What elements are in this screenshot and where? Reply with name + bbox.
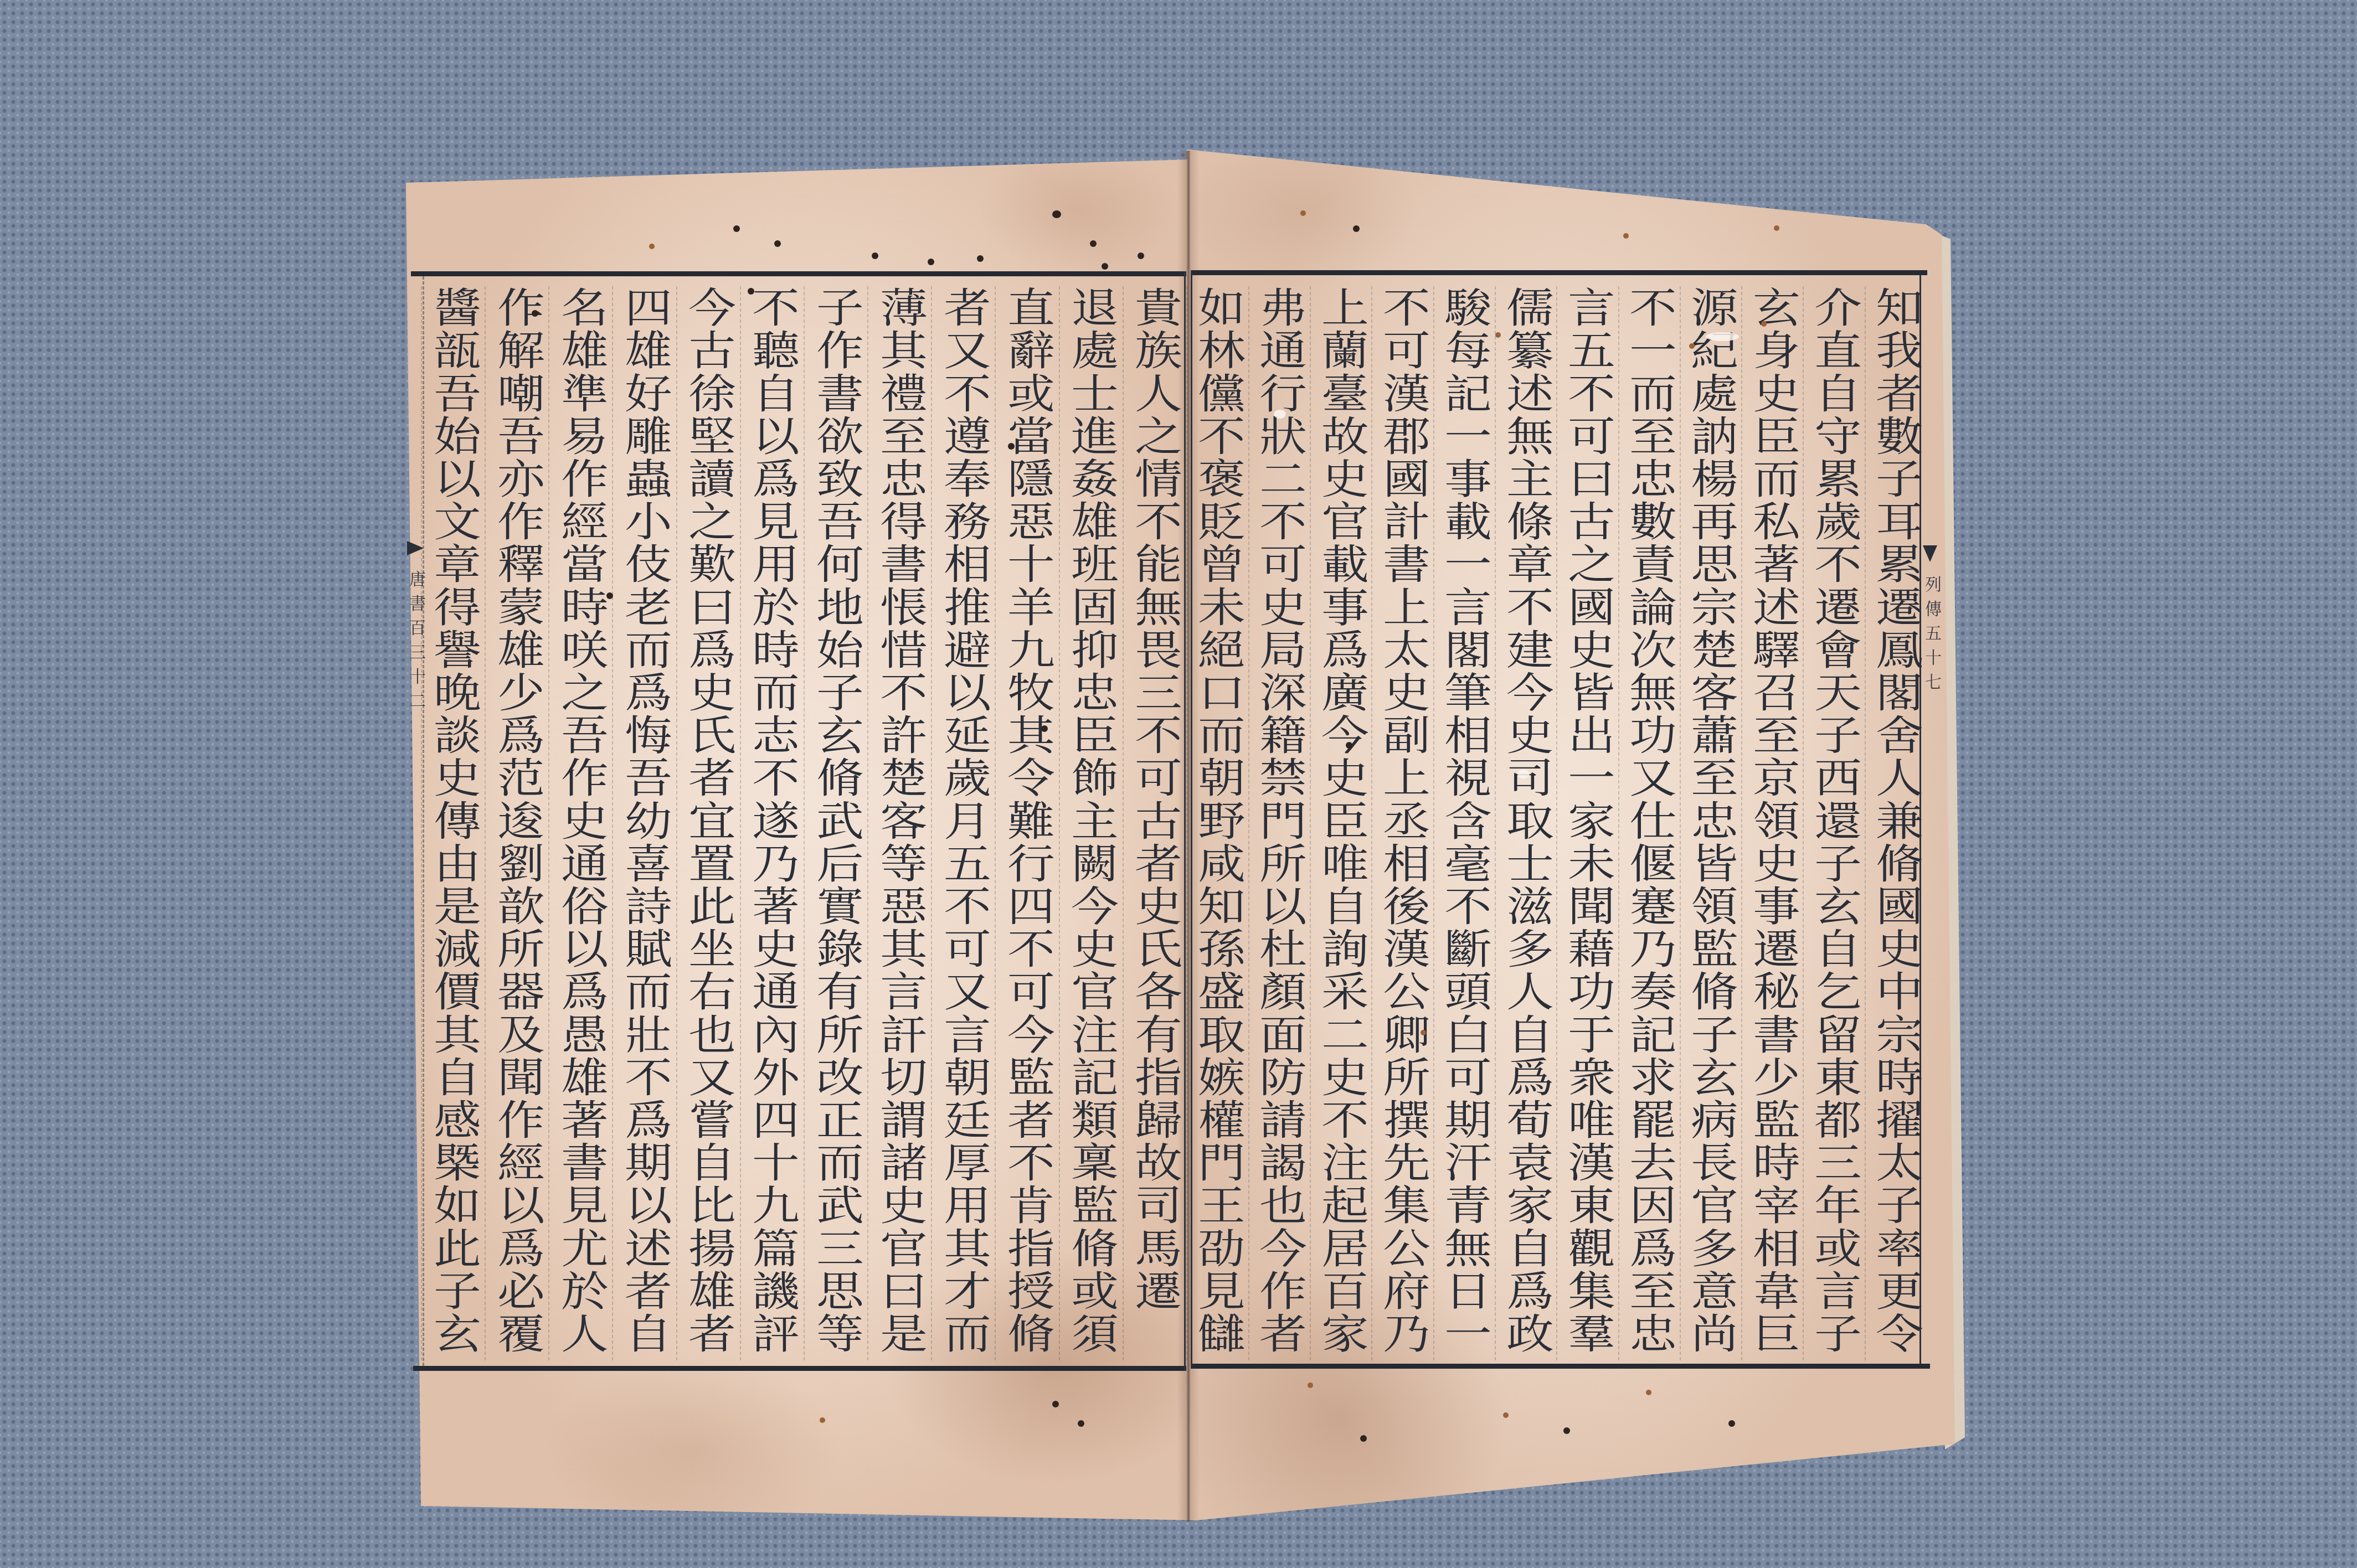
- wormhole-mark: [1774, 225, 1779, 231]
- column-text: 弗通行狀二不可史局深籍禁門所以杜顏面防請謁也今作者: [1255, 286, 1303, 1360]
- wormhole-mark: [1623, 233, 1629, 239]
- right-page-text-block: 知我者數子耳累遷鳳閣舍人兼脩國史中宗時擢太子率更令 介直自守累歲不遷會天子西還子…: [1186, 286, 1926, 1360]
- text-column: 源紀處訥楊再思宗楚客蕭至忠皆領監脩子玄病長官多意尚: [1680, 286, 1741, 1360]
- right-page-bottom-rule: [1191, 1364, 1930, 1369]
- wormhole-mark: [1353, 225, 1360, 232]
- column-text: 介直自守累歲不遷會天子西還子玄自乞留東都三年或言子: [1810, 286, 1858, 1360]
- column-text: 駿每記一事載一言閣筆相視含毫不斷頭白可期汗青無日一: [1440, 286, 1488, 1360]
- column-text: 上蘭臺故史官載事爲廣今史臣唯自詢采二史不注起居百家: [1318, 286, 1365, 1360]
- wormhole-mark: [1346, 742, 1352, 749]
- text-column: 作解嘲吾亦作釋蒙雄少爲范逡劉歆所器及聞作經以爲必覆: [485, 286, 548, 1360]
- wormhole-mark: [1761, 321, 1767, 327]
- paper-damage-mark: [1274, 410, 1286, 419]
- text-column: 介直自守累歲不遷會天子西還子玄自乞留東都三年或言子: [1803, 286, 1864, 1360]
- wormhole-mark: [1300, 210, 1306, 216]
- wormhole-mark: [774, 240, 781, 247]
- text-column: 者又不遵奉務相推避以延歲月五不可又言朝廷厚用其才而: [931, 286, 995, 1360]
- wormhole-mark: [748, 288, 754, 295]
- column-text: 不聽自以爲見用於時而志不遂乃著史通內外四十九篇譏評: [748, 286, 796, 1360]
- text-column: 如林儻不褒貶曾未絕口而朝野咸知孫盛取嫉權門王劭見讎: [1186, 286, 1248, 1360]
- text-column: 退處士進姦雄班固抑忠臣飾主闕今史官注記類稟監脩或須: [1059, 286, 1123, 1360]
- left-page-bottom-rule: [413, 1366, 1186, 1371]
- text-column: 不聽自以爲見用於時而志不遂乃著史通內外四十九篇譏評: [740, 286, 804, 1360]
- wormhole-mark: [1689, 343, 1695, 349]
- right-page-top-rule: [1191, 270, 1927, 275]
- wormhole-mark: [1052, 1401, 1059, 1407]
- column-text: 不可漢郡國計書上太史副上丞相後漢公卿所撰先集公府乃: [1379, 286, 1427, 1360]
- column-text: 源紀處訥楊再思宗楚客蕭至忠皆領監脩子玄病長官多意尚: [1687, 286, 1735, 1360]
- wormhole-mark: [1360, 1435, 1367, 1442]
- column-text: 子作書欲致吾何地始子玄脩武后實錄有所改正而武三思等: [812, 286, 860, 1360]
- wormhole-mark: [1421, 1030, 1426, 1035]
- text-column: 玄身史臣而私著述驛召至京領史事遷秘書少監時宰相韋巨: [1741, 286, 1803, 1360]
- wormhole-mark: [532, 310, 538, 317]
- wormhole-mark: [1646, 1390, 1651, 1395]
- column-text: 薄其禮至忠得書悵惜不許楚客等惡其言訐切謂諸史官曰是: [876, 286, 924, 1360]
- text-column: 不一而至忠數責論次無功又仕偃蹇乃奏記求罷去因爲至忠: [1618, 286, 1680, 1360]
- column-text: 言五不可曰古之國史皆出一家未聞藉功于衆唯漢東觀集羣: [1564, 286, 1612, 1360]
- text-column: 言五不可曰古之國史皆出一家未聞藉功于衆唯漢東觀集羣: [1556, 286, 1618, 1360]
- wormhole-mark: [928, 259, 934, 265]
- column-text: 如林儻不褒貶曾未絕口而朝野咸知孫盛取嫉權門王劭見讎: [1194, 286, 1242, 1360]
- paper-damage-mark: [1517, 770, 1530, 778]
- text-column: 今古徐堅讀之歎曰爲史氏者宜置此坐右也又嘗自比揚雄者: [676, 286, 740, 1360]
- column-text: 不一而至忠數責論次無功又仕偃蹇乃奏記求罷去因爲至忠: [1625, 286, 1673, 1360]
- text-column: 子作書欲致吾何地始子玄脩武后實錄有所改正而武三思等: [804, 286, 867, 1360]
- text-column: 不可漢郡國計書上太史副上丞相後漢公卿所撰先集公府乃: [1371, 286, 1433, 1360]
- wormhole-mark: [1563, 1427, 1570, 1434]
- column-text: 儒纂述無主條章不建今史司取士滋多人自爲荀袁家自爲政: [1502, 286, 1550, 1360]
- column-text: 醬瓿吾始以文章得譽晚談史傳由是減價其自感槩如此子玄: [430, 286, 477, 1360]
- column-text: 四雄好雕蟲小伎老而爲悔吾幼喜詩賦而壯不爲期以述者自: [621, 286, 668, 1360]
- wormhole-mark: [1102, 263, 1108, 270]
- wormhole-mark: [977, 255, 984, 262]
- text-column: 名雄準易作經當時咲之吾作史通俗以爲愚雄著書見尤於人: [548, 286, 612, 1360]
- column-text: 作解嘲吾亦作釋蒙雄少爲范逡劉歆所器及聞作經以爲必覆: [493, 286, 541, 1360]
- text-column: 弗通行狀二不可史局深籍禁門所以杜顏面防請謁也今作者: [1248, 286, 1310, 1360]
- paper-damage-mark: [1706, 332, 1739, 341]
- text-column: 駿每記一事載一言閣筆相視含毫不斷頭白可期汗青無日一: [1433, 286, 1495, 1360]
- wormhole-mark: [1090, 240, 1097, 247]
- left-page-top-rule: [411, 271, 1186, 276]
- wormhole-mark: [1138, 252, 1144, 259]
- wormhole-mark: [1728, 1420, 1735, 1427]
- column-text: 退處士進姦雄班固抑忠臣飾主闕今史官注記類稟監脩或須: [1067, 286, 1115, 1360]
- column-text: 知我者數子耳累遷鳳閣舍人兼脩國史中宗時擢太子率更令: [1872, 286, 1919, 1360]
- column-text: 玄身史臣而私著述驛召至京領史事遷秘書少監時宰相韋巨: [1749, 286, 1797, 1360]
- wormhole-mark: [606, 592, 613, 599]
- column-text: 者又不遵奉務相推避以延歲月五不可又言朝廷厚用其才而: [940, 286, 987, 1360]
- text-column: 四雄好雕蟲小伎老而爲悔吾幼喜詩賦而壯不爲期以述者自: [612, 286, 676, 1360]
- wormhole-mark: [1041, 725, 1048, 732]
- text-column: 儒纂述無主條章不建今史司取士滋多人自爲荀袁家自爲政: [1495, 286, 1556, 1360]
- wormhole-mark: [1308, 1383, 1313, 1388]
- wormhole-mark: [1495, 332, 1501, 338]
- text-column: 貴族人之情不能無畏三不可古者史氏各有指歸故司馬遷: [1123, 286, 1186, 1360]
- text-column: 薄其禮至忠得書悵惜不許楚客等惡其言訐切謂諸史官曰是: [867, 286, 931, 1360]
- column-text: 名雄準易作經當時咲之吾作史通俗以爲愚雄著書見尤於人: [557, 286, 605, 1360]
- column-text: 貴族人之情不能無畏三不可古者史氏各有指歸故司馬遷: [1131, 286, 1179, 1360]
- wormhole-mark: [1078, 1420, 1084, 1427]
- wormhole-mark: [1503, 1412, 1509, 1418]
- text-column: 上蘭臺故史官載事爲廣今史臣唯自詢采二史不注起居百家: [1310, 286, 1371, 1360]
- text-column: 知我者數子耳累遷鳳閣舍人兼脩國史中宗時擢太子率更令: [1865, 286, 1926, 1360]
- wormhole-mark: [820, 1417, 825, 1423]
- text-column: 直辭或當隱惡十羊九牧其令難行四不可今監者不肯指授脩: [995, 286, 1058, 1360]
- wormhole-mark: [649, 244, 655, 249]
- wormhole-mark: [872, 252, 878, 259]
- wormhole-mark: [733, 225, 740, 232]
- text-column: 醬瓿吾始以文章得譽晚談史傳由是減價其自感槩如此子玄: [421, 286, 485, 1360]
- wormhole-mark: [1008, 443, 1015, 450]
- left-page-text-block: 貴族人之情不能無畏三不可古者史氏各有指歸故司馬遷 退處士進姦雄班固抑忠臣飾主闕今…: [421, 286, 1186, 1360]
- column-text: 今古徐堅讀之歎曰爲史氏者宜置此坐右也又嘗自比揚雄者: [685, 286, 732, 1360]
- wormhole-mark: [1052, 210, 1061, 218]
